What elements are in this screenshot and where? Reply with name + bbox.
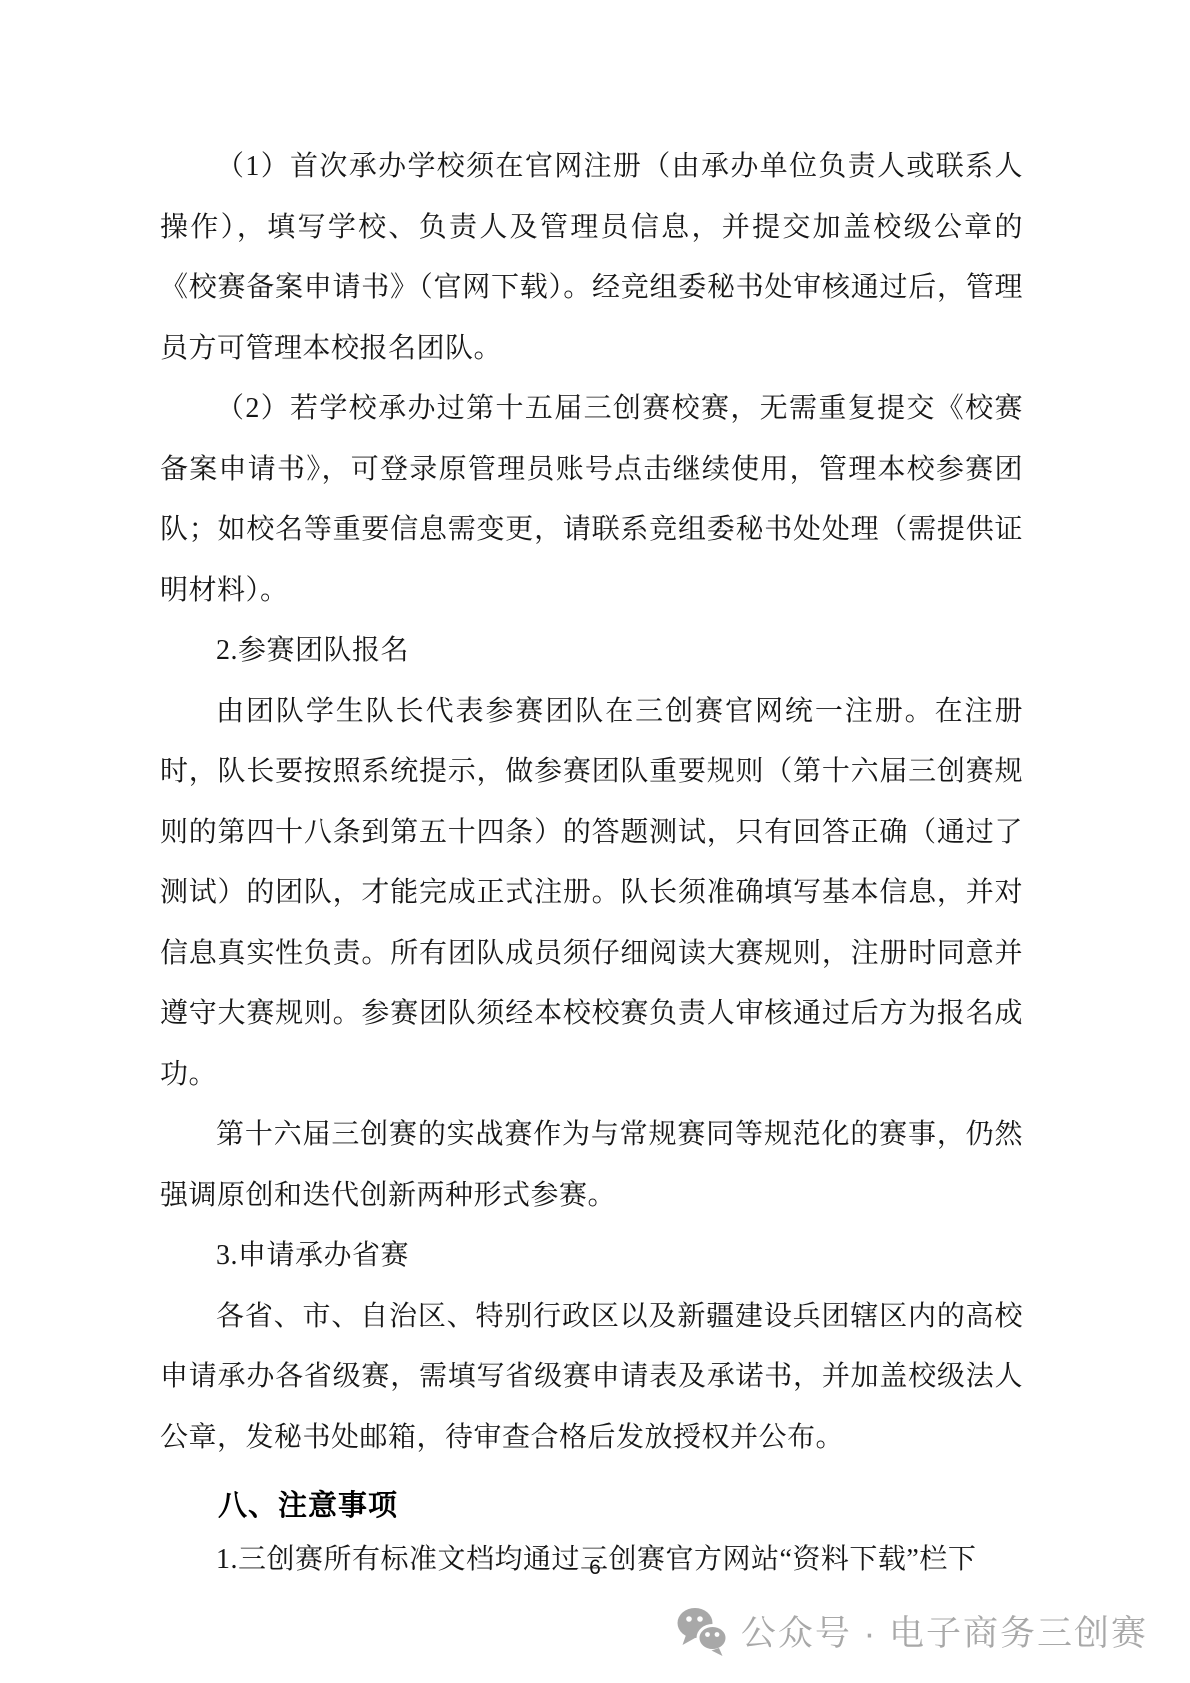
paragraph-registration-1: （1）首次承办学校须在官网注册（由承办单位负责人或联系人操作），填写学校、负责人…	[160, 137, 1023, 379]
wechat-watermark: 公众号 · 电子商务三创赛	[675, 1606, 1148, 1656]
paragraph-provincial-detail: 各省、市、自治区、特别行政区以及新疆建设兵团辖区内的高校申请承办各省级赛，需填写…	[160, 1287, 1023, 1469]
document-body: （1）首次承办学校须在官网注册（由承办单位负责人或联系人操作），填写学校、负责人…	[160, 137, 1023, 1591]
subsection-team-signup: 2.参赛团队报名	[160, 621, 1023, 682]
paragraph-team-signup-detail: 由团队学生队长代表参赛团队在三创赛官网统一注册。在注册时，队长要按照系统提示，做…	[160, 682, 1023, 1106]
subsection-provincial-contest: 3.申请承办省赛	[160, 1226, 1023, 1287]
wechat-icon	[675, 1606, 729, 1656]
page-number: 6	[0, 1556, 1190, 1580]
section-heading-notes: 八、注意事项	[160, 1482, 1023, 1530]
paragraph-practical-contest: 第十六届三创赛的实战赛作为与常规赛同等规范化的赛事，仍然强调原创和迭代创新两种形…	[160, 1105, 1023, 1226]
watermark-text: 公众号 · 电子商务三创赛	[741, 1606, 1148, 1656]
paragraph-registration-2: （2）若学校承办过第十五届三创赛校赛，无需重复提交《校赛备案申请书》，可登录原管…	[160, 379, 1023, 621]
document-page: （1）首次承办学校须在官网注册（由承办单位负责人或联系人操作），填写学校、负责人…	[0, 0, 1190, 1683]
